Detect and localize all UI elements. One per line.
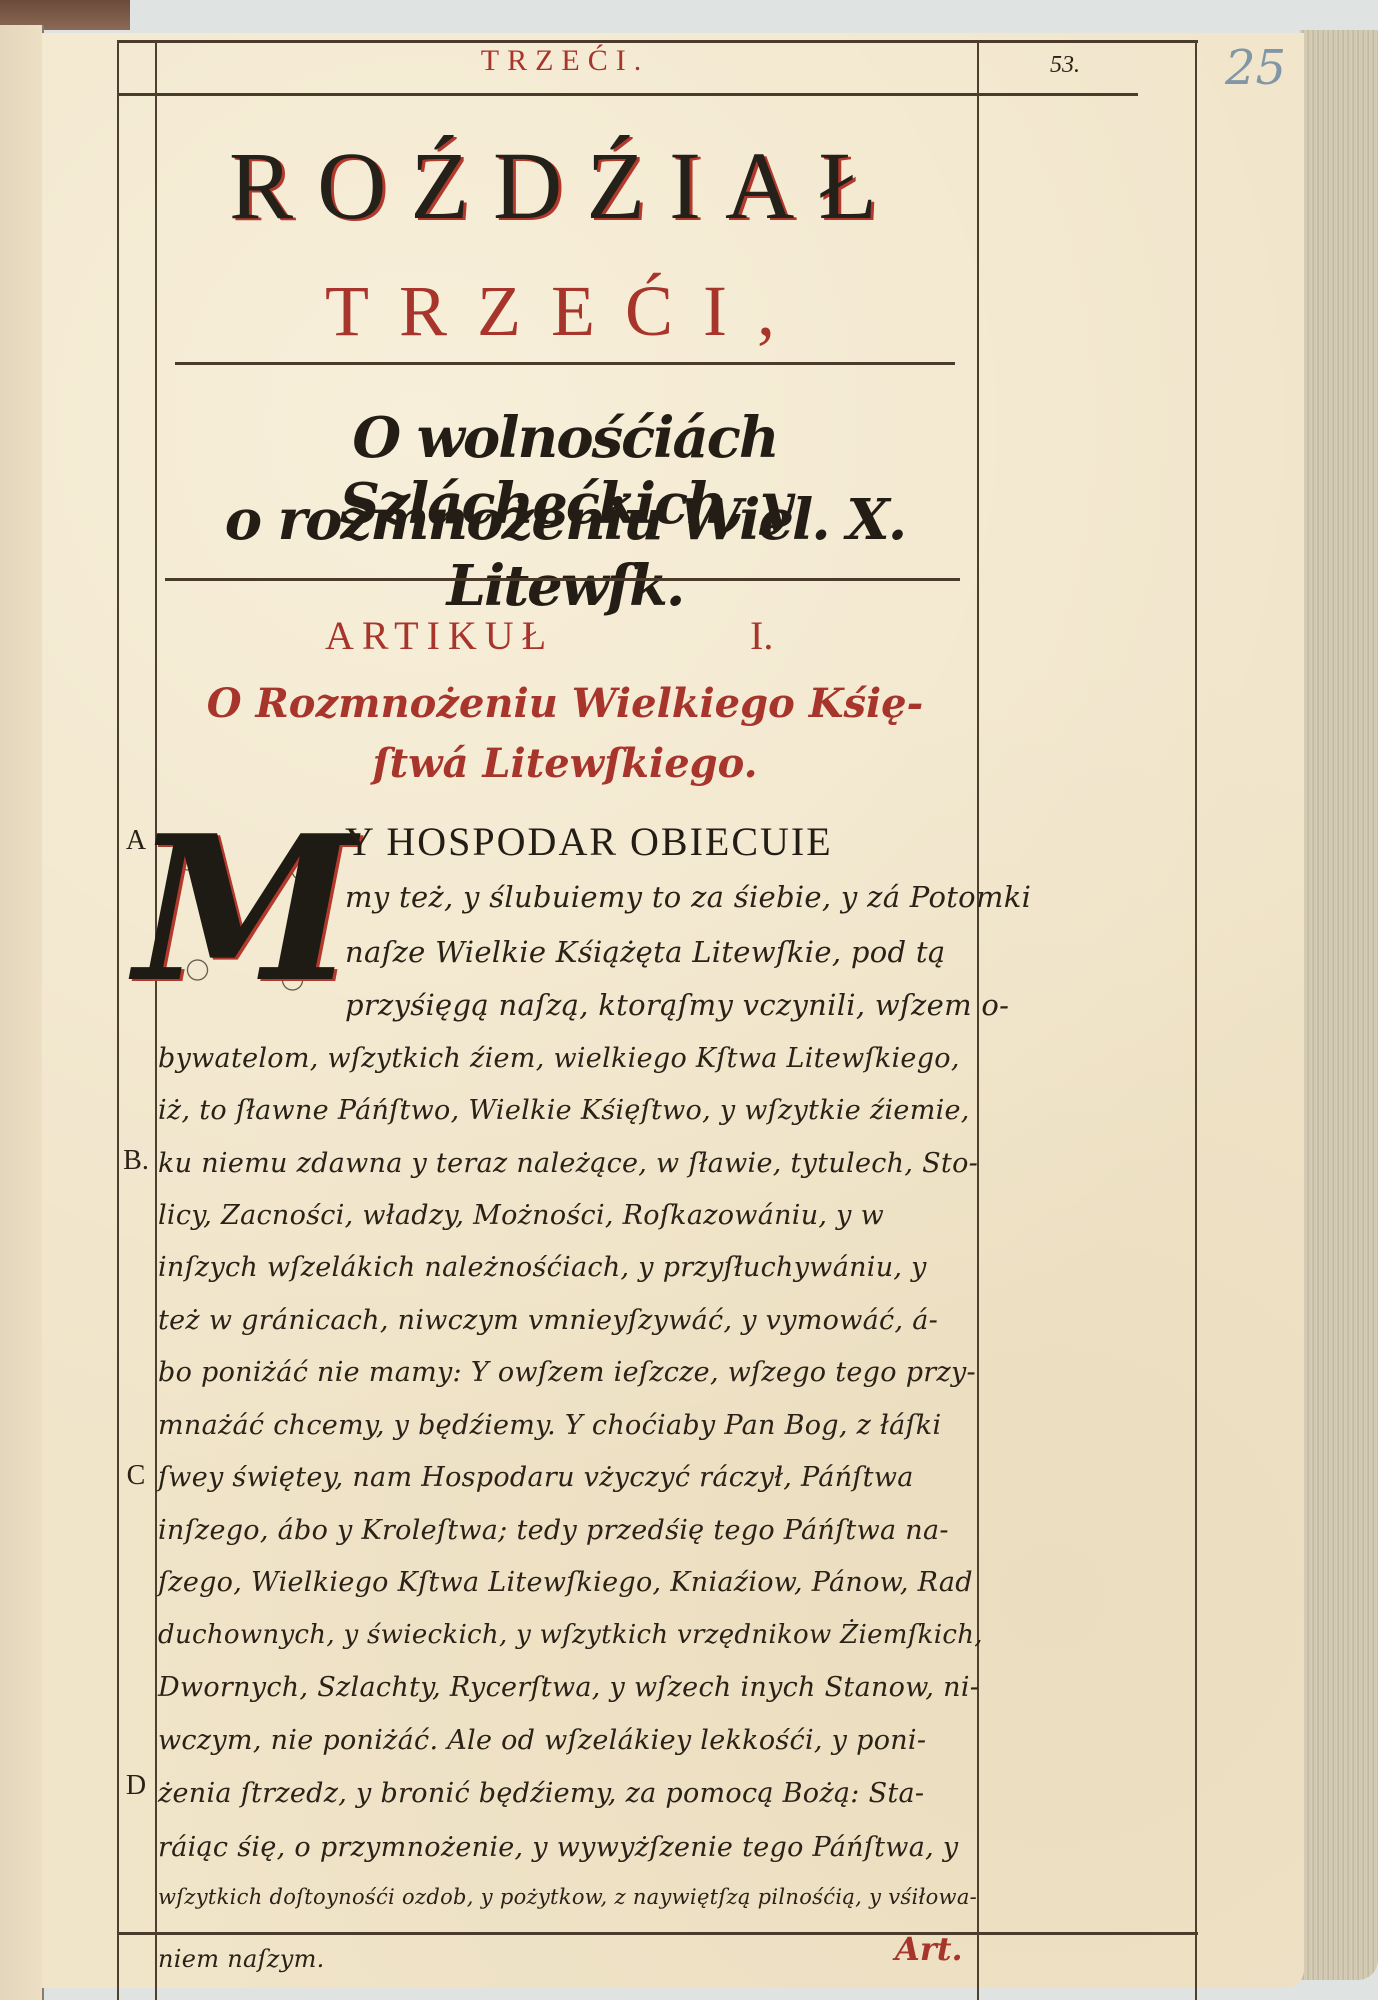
text-line: ráiąc śię, o przymnożenie, y wywyżſzenie… (158, 1832, 958, 1863)
title-rule-2 (165, 578, 960, 581)
text-line: mnażáć chcemy, y będźiemy. Y choćiaby Pa… (158, 1410, 941, 1441)
text-line: też w gránicach, niwczym vmnieyſzywáć, y… (158, 1305, 938, 1336)
pencil-annotation: 25 (1225, 40, 1286, 96)
page-number: 53. (1050, 52, 1080, 79)
text-line: bo poniżáć nie mamy: Y owſzem ieſzcze, w… (158, 1357, 976, 1388)
chapter-title: ROŹDŹIAŁ (160, 130, 970, 241)
title-rule-1 (175, 362, 955, 365)
chapter-subtitle-line-2: o rozmnożeniu Wiel. X. Litewſk. (160, 487, 970, 619)
text-line: naſze Wielkie Kśiążęta Litewſkie, pod tą (345, 935, 945, 969)
text-line: bywatelom, wſzytkich źiem, wielkiego Kſt… (158, 1043, 960, 1074)
chapter-number: TRZEĆI, (160, 270, 970, 353)
top-rule (118, 40, 1198, 43)
margin-letter-c: C (118, 1460, 154, 1492)
outer-right-rule (1195, 40, 1197, 2000)
previous-page-edge (0, 25, 44, 2000)
article-title-line-1: O Rozmnożeniu Wielkiego Kśię- (160, 680, 970, 727)
text-line: ſwey świętey, nam Hospodaru vżyczyć rácz… (158, 1462, 914, 1493)
article-title-line-2: ſtwá Litewſkiego. (160, 740, 970, 787)
article-heading-word: ARTIKUŁ (325, 612, 554, 659)
running-head: TRZEĆI. (160, 44, 970, 78)
catchword-right: Art. (895, 1930, 963, 1968)
margin-letter-a: A (118, 825, 154, 857)
text-line: licy, Zacności, władzy, Możności, Roſkaz… (158, 1200, 884, 1231)
page-stack-edge (1300, 30, 1378, 1980)
text-line: ſzego, Wielkiego Kſtwa Litewſkiego, Knia… (158, 1567, 973, 1598)
article-first-line: Y HOSPODAR OBIECUIE (345, 818, 965, 865)
margin-letter-b: B. (118, 1145, 154, 1177)
text-line: wſzytkich doſtoynośći ozdob, y pożytkow,… (158, 1885, 977, 1909)
text-line: my też, y ślubuiemy to za śiebie, y zá P… (345, 880, 1031, 914)
outer-left-rule (117, 40, 119, 2000)
text-line: inſzych wſzelákich należnośćiach, y przy… (158, 1252, 927, 1283)
text-line: żenia ſtrzedz, y bronić będźiemy, za pom… (158, 1778, 924, 1809)
margin-letter-d: D (118, 1770, 154, 1802)
header-rule (118, 93, 1138, 96)
text-line: inſzego, ábo y Kroleſtwa; tedy przedśię … (158, 1515, 949, 1546)
text-line: iż, to ſławne Páńſtwo, Wielkie Kśięſtwo,… (158, 1095, 970, 1126)
catchword-left: niem naſzym. (158, 1945, 325, 1973)
article-heading-number: I. (750, 612, 773, 659)
text-line: przyśięgą naſzą, ktorąſmy vczynili, wſze… (345, 988, 1009, 1022)
text-line: wczym, nie poniżáć. Ale od wſzelákiey le… (158, 1725, 926, 1756)
decorated-initial-letter: M (150, 810, 340, 1010)
text-line: duchownych, y świeckich, y wſzytkich vrz… (158, 1620, 983, 1650)
text-line: Dwornych, Szlachty, Rycerſtwa, y wſzech … (158, 1672, 979, 1703)
text-line: ku niemu zdawna y teraz należące, w ſław… (158, 1148, 978, 1179)
footer-rule (118, 1932, 1198, 1935)
